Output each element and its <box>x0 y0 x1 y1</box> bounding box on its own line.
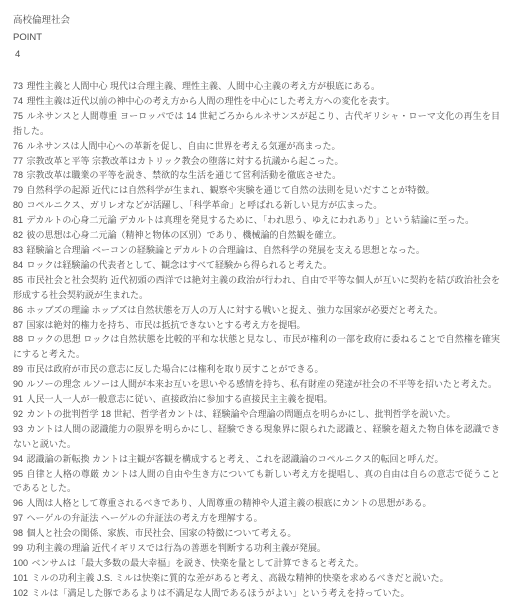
list-item: 84 ロックは経験論の代表者として、観念はすべて経験から得られると考えた。 <box>13 258 500 273</box>
item-number: 86 <box>13 305 23 315</box>
list-item: 98 個人と社会の関係、家族、市民社会、国家の特徴について考える。 <box>13 526 500 541</box>
item-number: 91 <box>13 394 23 404</box>
item-number: 79 <box>13 185 23 195</box>
list-item: 94 認識論の新転換 カントは主観が客観を構成すると考え、これを認識論のコペルニ… <box>13 452 500 467</box>
item-number: 94 <box>13 454 23 464</box>
item-number: 99 <box>13 543 23 553</box>
item-text: 自律と人格の尊厳 カントは人間の自由や生き方についても新しい考え方を提唱し、真の… <box>13 469 500 494</box>
item-text: 国家は絶対的権力を持ち、市民は抵抗できないとする考え方を提唱。 <box>27 320 306 330</box>
item-number: 83 <box>13 245 23 255</box>
document-page: 高校倫理社会 POINT 4 73 理性主義と人間中心 現代は合理主義、理性主義… <box>0 0 511 600</box>
list-item: 85 市民社会と社会契約 近代初頭の西洋では絶対主義の政治が行われ、自由で平等な… <box>13 273 500 303</box>
item-number: 84 <box>13 260 23 270</box>
list-item: 75 ルネサンスと人間尊重 ヨーロッパでは 14 世紀ごろからルネサンスが起こり… <box>13 109 500 139</box>
item-number: 78 <box>13 170 23 180</box>
point-list: 73 理性主義と人間中心 現代は合理主義、理性主義、人間中心主義の考え方が根底に… <box>13 79 500 600</box>
list-item: 101 ミルの功利主義 J.S. ミルは快楽に質的な差があると考え、高級な精神的… <box>13 571 500 586</box>
item-text: 自然科学の起源 近代には自然科学が生まれ、観察や実験を通じて自然の法則を見いだす… <box>27 185 435 195</box>
item-number: 85 <box>13 275 23 285</box>
item-text: コペルニクス、ガリレオなどが活躍し、「科学革命」と呼ばれる新しい見方が広まった。 <box>27 200 383 210</box>
list-item: 96 人間は人格として尊重されるべきであり、人間尊重の精神や人道主義の根底にカン… <box>13 496 500 511</box>
list-item: 92 カントの批判哲学 18 世紀、哲学者カントは、経験論や合理論の問題点を明ら… <box>13 407 500 422</box>
item-number: 90 <box>13 379 23 389</box>
item-text: 人民一人一人が一般意志に従い、直接政治に参加する直接民主主義を提唱。 <box>27 394 333 404</box>
item-text: ミルの功利主義 J.S. ミルは快楽に質的な差があると考え、高級な精神的快楽を求… <box>32 573 449 583</box>
item-text: ホッブズの理論 ホッブズは自然状態を万人の万人に対する戦いと捉え、強力な国家が必… <box>27 305 443 315</box>
list-item: 102 ミルは「満足した豚であるよりは不満足な人間であるほうがよい」という考えを… <box>13 586 500 600</box>
item-text: 市民は政府が市民の意志に反した場合には権利を取り戻すことができる。 <box>27 364 324 374</box>
item-number: 92 <box>13 409 23 419</box>
item-text: カントは人間の認識能力の限界を明らかにし、経験できる現象界に限られた認識と、経験… <box>13 424 500 449</box>
item-text: 彼の思想は心身二元論（精神と物体の区別）であり、機械論的自然観を確立。 <box>27 230 342 240</box>
document-header: 高校倫理社会 POINT 4 <box>13 12 499 63</box>
item-text: ミルは「満足した豚であるよりは不満足な人間であるほうがよい」という考えを持ってい… <box>32 588 410 598</box>
list-item: 88 ロックの思想 ロックは自然状態を比較的平和な状態と見なし、市民が権利の一部… <box>13 332 500 362</box>
item-number: 96 <box>13 498 23 508</box>
item-number: 98 <box>13 528 23 538</box>
list-item: 97 ヘーゲルの弁証法 ヘーゲルの弁証法の考え方を理解する。 <box>13 511 500 526</box>
item-text: ベンサムは「最大多数の最大幸福」を説き、快楽を量として計算できると考えた。 <box>32 558 364 568</box>
item-number: 77 <box>13 156 23 166</box>
item-text: ルネサンスは人間中心への革新を促し、自由に世界を考える気運が高まった。 <box>27 141 341 151</box>
list-item: 78 宗教改革は職業の平等を説き、禁欲的な生活を通じて営利活動を徹底させた。 <box>13 168 500 183</box>
item-text: 宗教改革は職業の平等を説き、禁欲的な生活を通じて営利活動を徹底させた。 <box>27 170 342 180</box>
item-text: 認識論の新転換 カントは主観が客観を構成すると考え、これを認識論のコペルニクス的… <box>27 454 444 464</box>
list-item: 79 自然科学の起源 近代には自然科学が生まれ、観察や実験を通じて自然の法則を見… <box>13 183 500 198</box>
item-text: 経験論と合理論 ベーコンの経験論とデカルトの合理論は、自然科学の発展を支える思想… <box>27 245 425 255</box>
item-number: 80 <box>13 200 23 210</box>
item-text: 市民社会と社会契約 近代初頭の西洋では絶対主義の政治が行われ、自由で平等な個人が… <box>13 275 500 300</box>
item-number: 102 <box>13 588 28 598</box>
list-item: 83 経験論と合理論 ベーコンの経験論とデカルトの合理論は、自然科学の発展を支え… <box>13 243 500 258</box>
list-item: 81 デカルトの心身二元論 デカルトは真理を発見するために、「われ思う、ゆえにわ… <box>13 213 500 228</box>
list-item: 99 功利主義の理論 近代イギリスでは行為の善悪を判断する功利主義が発展。 <box>13 541 500 556</box>
item-number: 95 <box>13 469 23 479</box>
list-item: 74 理性主義は近代以前の神中心の考え方から人間の理性を中心にした考え方への変化… <box>13 94 500 109</box>
page-subtitle: POINT <box>13 29 499 46</box>
item-number: 76 <box>13 141 23 151</box>
list-item: 93 カントは人間の認識能力の限界を明らかにし、経験できる現象界に限られた認識と… <box>13 422 500 452</box>
list-item: 73 理性主義と人間中心 現代は合理主義、理性主義、人間中心主義の考え方が根底に… <box>13 79 500 94</box>
item-number: 93 <box>13 424 23 434</box>
item-text: 功利主義の理論 近代イギリスでは行為の善悪を判断する功利主義が発展。 <box>27 543 326 553</box>
item-number: 100 <box>13 558 28 568</box>
list-item: 77 宗教改革と平等 宗教改革はカトリック教会の堕落に対する抗議から起こった。 <box>13 154 500 169</box>
list-item: 91 人民一人一人が一般意志に従い、直接政治に参加する直接民主主義を提唱。 <box>13 392 500 407</box>
item-text: ルソーの理念 ルソーは人間が本来お互いを思いやる感情を持ち、私有財産の発達が社会… <box>27 379 498 389</box>
item-text: デカルトの心身二元論 デカルトは真理を発見するために、「われ思う、ゆえにわれあり… <box>27 215 475 225</box>
item-text: 人間は人格として尊重されるべきであり、人間尊重の精神や人道主義の根底にカントの思… <box>27 498 432 508</box>
list-item: 100 ベンサムは「最大多数の最大幸福」を説き、快楽を量として計算できると考えた… <box>13 556 500 571</box>
item-number: 75 <box>13 111 23 121</box>
list-item: 87 国家は絶対的権力を持ち、市民は抵抗できないとする考え方を提唱。 <box>13 318 500 333</box>
list-item: 89 市民は政府が市民の意志に反した場合には権利を取り戻すことができる。 <box>13 362 500 377</box>
item-number: 101 <box>13 573 28 583</box>
item-number: 97 <box>13 513 23 523</box>
point-number: 4 <box>13 46 499 63</box>
list-item: 90 ルソーの理念 ルソーは人間が本来お互いを思いやる感情を持ち、私有財産の発達… <box>13 377 500 392</box>
item-text: 宗教改革と平等 宗教改革はカトリック教会の堕落に対する抗議から起こった。 <box>27 156 344 166</box>
item-number: 74 <box>13 96 23 106</box>
item-text: 個人と社会の関係、家族、市民社会、国家の特徴について考える。 <box>27 528 297 538</box>
item-text: 理性主義は近代以前の神中心の考え方から人間の理性を中心にした考え方への変化を表す… <box>27 96 395 106</box>
page-title: 高校倫理社会 <box>13 12 499 29</box>
item-number: 73 <box>13 81 23 91</box>
list-item: 86 ホッブズの理論 ホッブズは自然状態を万人の万人に対する戦いと捉え、強力な国… <box>13 303 500 318</box>
item-number: 87 <box>13 320 23 330</box>
item-number: 88 <box>13 334 23 344</box>
item-text: 理性主義と人間中心 現代は合理主義、理性主義、人間中心主義の考え方が根底にある。 <box>27 81 381 91</box>
list-item: 95 自律と人格の尊厳 カントは人間の自由や生き方についても新しい考え方を提唱し… <box>13 467 500 497</box>
item-text: ロックは経験論の代表者として、観念はすべて経験から得られると考えた。 <box>27 260 332 270</box>
list-item: 80 コペルニクス、ガリレオなどが活躍し、「科学革命」と呼ばれる新しい見方が広ま… <box>13 198 500 213</box>
item-text: ロックの思想 ロックは自然状態を比較的平和な状態と見なし、市民が権利の一部を政府… <box>13 334 500 359</box>
item-text: ヘーゲルの弁証法 ヘーゲルの弁証法の考え方を理解する。 <box>27 513 263 523</box>
item-number: 89 <box>13 364 23 374</box>
item-text: ルネサンスと人間尊重 ヨーロッパでは 14 世紀ごろからルネサンスが起こり、古代… <box>13 111 500 136</box>
item-number: 82 <box>13 230 23 240</box>
item-number: 81 <box>13 215 23 225</box>
item-text: カントの批判哲学 18 世紀、哲学者カントは、経験論や合理論の問題点を明らかにし… <box>27 409 456 419</box>
list-item: 82 彼の思想は心身二元論（精神と物体の区別）であり、機械論的自然観を確立。 <box>13 228 500 243</box>
list-item: 76 ルネサンスは人間中心への革新を促し、自由に世界を考える気運が高まった。 <box>13 139 500 154</box>
